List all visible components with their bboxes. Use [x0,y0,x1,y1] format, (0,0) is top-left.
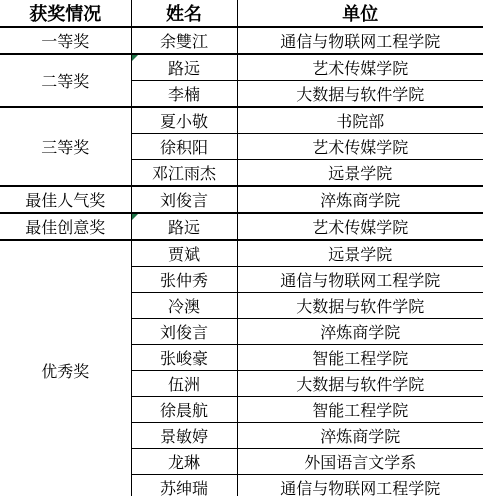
header-cell-award-status[interactable]: 获奖情况 [0,0,131,27]
name-text: 景敏婷 [160,429,208,446]
error-indicator-icon [132,214,138,220]
name-text: 刘俊言 [160,325,208,342]
name-cell[interactable]: 张仲秀 [131,267,237,293]
name-text: 刘俊言 [160,193,208,210]
award-cell[interactable]: 三等奖 [0,107,131,186]
name-text: 路远 [168,61,200,78]
name-cell[interactable]: 路远 [131,54,237,81]
name-cell[interactable]: 徐积阳 [131,134,237,160]
unit-cell[interactable]: 书院部 [237,107,483,134]
award-cell[interactable]: 一等奖 [0,27,131,54]
table-row: 最佳创意奖路远艺术传媒学院 [0,213,483,240]
name-cell[interactable]: 张峻豪 [131,345,237,371]
name-cell[interactable]: 刘俊言 [131,186,237,213]
name-cell[interactable]: 景敏婷 [131,423,237,449]
unit-cell[interactable]: 淬炼商学院 [237,319,483,345]
name-text: 邓江雨杰 [152,166,216,183]
unit-cell[interactable]: 智能工程学院 [237,345,483,371]
award-cell[interactable]: 最佳人气奖 [0,186,131,213]
name-text: 龙琳 [168,455,200,472]
name-text: 徐晨航 [160,403,208,420]
name-text: 李楠 [168,87,200,104]
unit-cell[interactable]: 大数据与软件学院 [237,293,483,319]
name-cell[interactable]: 贾斌 [131,240,237,267]
header-row: 获奖情况 姓名 单位 [0,0,483,27]
unit-cell[interactable]: 远景学院 [237,160,483,187]
unit-cell[interactable]: 淬炼商学院 [237,423,483,449]
name-text: 张峻豪 [160,351,208,368]
table-row: 三等奖夏小敬书院部 [0,107,483,134]
name-text: 余雙江 [160,34,208,51]
name-text: 张仲秀 [160,273,208,290]
name-text: 贾斌 [168,247,200,264]
name-text: 伍洲 [168,377,200,394]
name-text: 冷澳 [168,299,200,316]
award-cell[interactable]: 最佳创意奖 [0,213,131,240]
name-cell[interactable]: 李楠 [131,81,237,108]
name-cell[interactable]: 余雙江 [131,27,237,54]
table-row: 二等奖路远艺术传媒学院 [0,54,483,81]
unit-cell[interactable]: 智能工程学院 [237,397,483,423]
name-cell[interactable]: 冷澳 [131,293,237,319]
name-text: 路远 [168,220,200,237]
header-cell-unit[interactable]: 单位 [237,0,483,27]
unit-cell[interactable]: 艺术传媒学院 [237,54,483,81]
unit-cell[interactable]: 远景学院 [237,240,483,267]
unit-cell[interactable]: 淬炼商学院 [237,186,483,213]
table-row: 最佳人气奖刘俊言淬炼商学院 [0,186,483,213]
name-cell[interactable]: 邓江雨杰 [131,160,237,187]
unit-cell[interactable]: 艺术传媒学院 [237,134,483,160]
awards-table: 获奖情况 姓名 单位 一等奖余雙江通信与物联网工程学院二等奖路远艺术传媒学院李楠… [0,0,483,496]
name-cell[interactable]: 路远 [131,213,237,240]
award-cell[interactable]: 优秀奖 [0,240,131,496]
error-indicator-icon [132,55,138,61]
awards-table-body: 一等奖余雙江通信与物联网工程学院二等奖路远艺术传媒学院李楠大数据与软件学院三等奖… [0,27,483,496]
unit-cell[interactable]: 艺术传媒学院 [237,213,483,240]
name-text: 苏绅瑞 [160,481,208,496]
unit-cell[interactable]: 大数据与软件学院 [237,371,483,397]
unit-cell[interactable]: 通信与物联网工程学院 [237,27,483,54]
name-cell[interactable]: 夏小敬 [131,107,237,134]
name-cell[interactable]: 苏绅瑞 [131,475,237,496]
unit-cell[interactable]: 通信与物联网工程学院 [237,267,483,293]
name-text: 夏小敬 [160,114,208,131]
table-row: 优秀奖贾斌远景学院 [0,240,483,267]
table-row: 一等奖余雙江通信与物联网工程学院 [0,27,483,54]
name-cell[interactable]: 伍洲 [131,371,237,397]
unit-cell[interactable]: 外国语言文学系 [237,449,483,475]
award-cell[interactable]: 二等奖 [0,54,131,107]
unit-cell[interactable]: 大数据与软件学院 [237,81,483,108]
name-cell[interactable]: 刘俊言 [131,319,237,345]
unit-cell[interactable]: 通信与物联网工程学院 [237,475,483,496]
name-cell[interactable]: 徐晨航 [131,397,237,423]
header-cell-name[interactable]: 姓名 [131,0,237,27]
name-cell[interactable]: 龙琳 [131,449,237,475]
name-text: 徐积阳 [160,140,208,157]
